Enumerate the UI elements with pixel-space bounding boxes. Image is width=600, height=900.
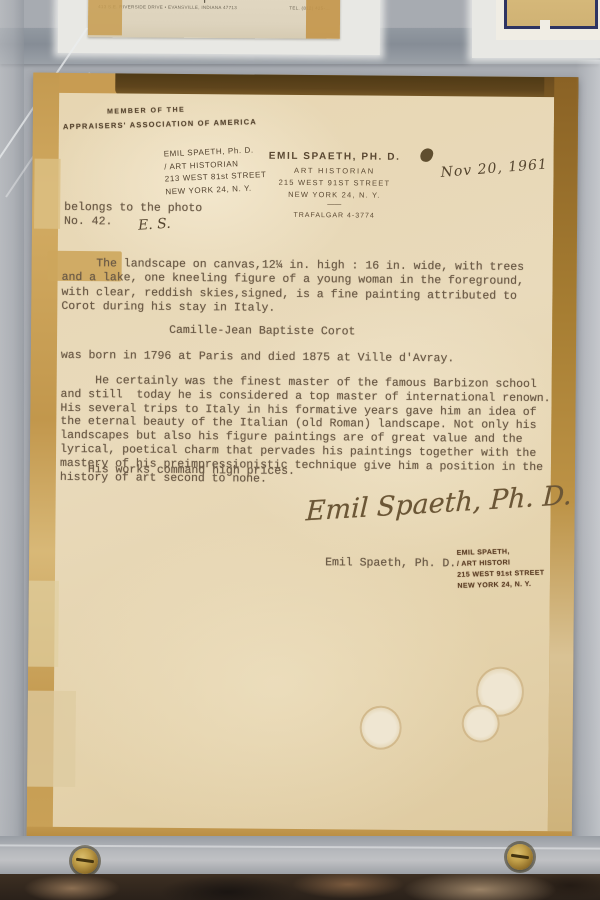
letter-document: MEMBER OF THE APPRAISERS' ASSOCIATION OF… — [27, 73, 579, 850]
tape-piece-bottom-left — [27, 691, 76, 787]
sleeve-left-edge — [0, 0, 24, 900]
artist-name-heading: Camille-Jean Baptiste Corot — [169, 324, 355, 340]
brass-fastener-left — [72, 848, 98, 874]
handwritten-initials: E. S. — [138, 216, 172, 234]
tape-piece — [88, 0, 122, 35]
prices-line: His works command high prices. — [88, 463, 295, 479]
title-divider — [204, 0, 205, 3]
museum-card-address-row: 413 S.E. RIVERSIDE DRIVE • EVANSVILLE, I… — [98, 4, 330, 11]
tape-piece-left — [28, 581, 59, 667]
water-stain — [359, 706, 401, 750]
photo-scene: M OF ARTS AND SCIENCE 413 S.E. RIVERSIDE… — [0, 0, 600, 900]
letterhead-city: NEW YORK 24, N. Y. — [249, 190, 419, 200]
brass-fastener-right — [507, 844, 533, 870]
letterhead-phone: TRAFALGAR 4-3774 — [249, 212, 419, 220]
blue-border-card-mat — [472, 0, 600, 58]
museum-card: M OF ARTS AND SCIENCE 413 S.E. RIVERSIDE… — [88, 0, 340, 39]
tape-piece — [306, 0, 340, 39]
letterhead: EMIL SPAETH, PH. D. ART HISTORIAN 215 WE… — [249, 151, 420, 220]
museum-card-mat: M OF ARTS AND SCIENCE 413 S.E. RIVERSIDE… — [58, 0, 380, 55]
paragraph-landscape-description: The landscape on canvas,12¼ in. high : 1… — [61, 257, 524, 318]
blue-border-card — [496, 0, 600, 40]
belongs-line1: belongs to the photo — [64, 201, 202, 217]
museum-card-title: M OF ARTS AND SCIENCE — [88, 0, 340, 4]
plastic-sleeve-glare — [576, 60, 600, 840]
stamp-line: NEW YORK 24, N. Y. — [457, 579, 545, 592]
belongs-line2: No. 42. — [64, 215, 202, 231]
letterhead-name: EMIL SPAETH, PH. D. — [250, 151, 420, 163]
typed-signature-name: Emil Spaeth, Ph. D. — [325, 556, 456, 571]
screw-slot — [76, 858, 94, 863]
wood-background — [0, 874, 600, 900]
blue-border-gap — [540, 20, 550, 34]
screw-slot — [511, 854, 529, 859]
water-stain — [462, 704, 500, 742]
photo-reference-note: belongs to the photo No. 42. — [64, 201, 202, 231]
tape-piece-left — [34, 159, 61, 229]
letterhead-title: ART HISTORIAN — [249, 166, 419, 176]
address-stamp-bottom: EMIL SPAETH, / ART HISTORI 215 WEST 91st… — [457, 546, 545, 592]
blue-border-card-face — [504, 0, 598, 29]
letterhead-rule: —— — [249, 201, 419, 209]
letterhead-street: 215 WEST 91ST STREET — [249, 178, 419, 188]
